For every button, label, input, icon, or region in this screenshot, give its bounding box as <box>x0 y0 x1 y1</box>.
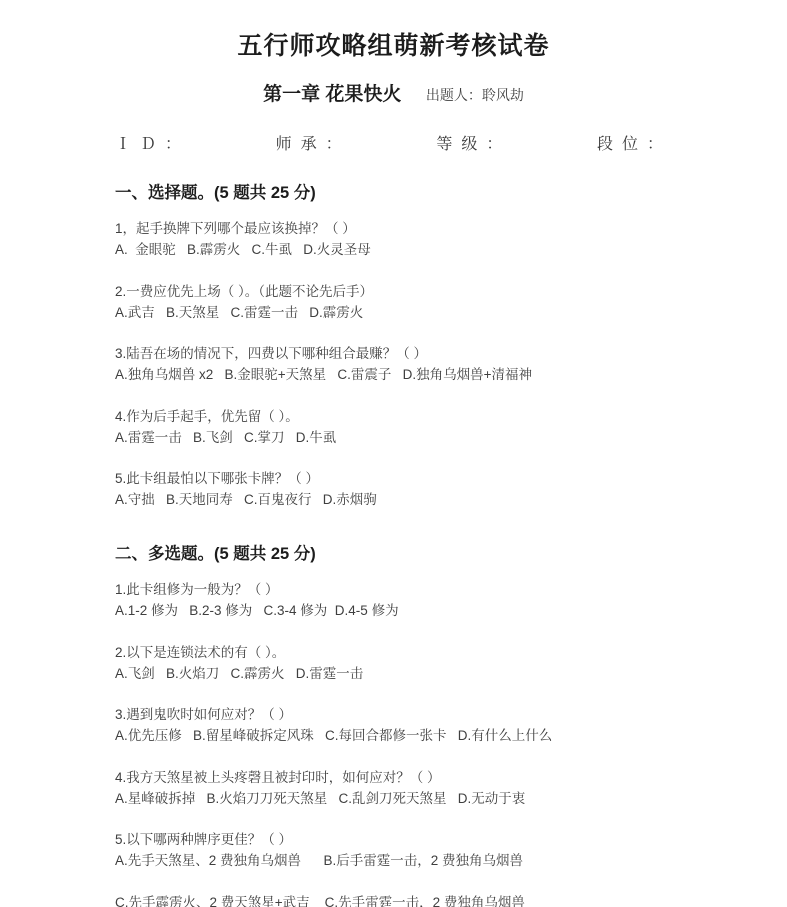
chapter-title: 第一章 花果快火 <box>263 84 401 105</box>
question: 5.以下哪两种牌序更佳？（ ） A.先手天煞星、2 费独角乌烟兽 B.后手雷霆一… <box>115 829 672 907</box>
question-options: A. 金眼驼 B.霹雳火 C.牛虱 D.火灵圣母 <box>115 239 672 260</box>
section-multiple-choice: 二、多选题。(5 题共 25 分) 1.此卡组修为一般为？（ ） A.1-2 修… <box>115 540 672 907</box>
question-options: A.星峰破拆掉 B.火焰刀刀死天煞星 C.乱剑刀死天煞星 D.无动于衷 <box>115 788 672 809</box>
question-text: 3.遇到鬼吹时如何应对？（ ） <box>115 704 672 725</box>
question-text: 2.一费应优先上场（ ）。（此题不论先后手） <box>115 281 672 302</box>
question: 2.一费应优先上场（ ）。（此题不论先后手） A.武吉 B.天煞星 C.雷霆一击… <box>115 281 672 323</box>
question: 3.遇到鬼吹时如何应对？（ ） A.优先压修 B.留星峰破拆定风珠 C.每回合都… <box>115 704 672 746</box>
question-text: 4.作为后手起手，优先留（ ）。 <box>115 406 672 427</box>
question-options: A.雷霆一击 B.飞剑 C.掌刀 D.牛虱 <box>115 427 672 448</box>
question-text: 4.我方天煞星被上头疼磬且被封印时，如何应对？（ ） <box>115 767 672 788</box>
question-options: A.守拙 B.天地同寿 C.百鬼夜行 D.赤烟驹 <box>115 489 672 510</box>
question-options: A.先手天煞星、2 费独角乌烟兽 B.后手雷霆一击，2 费独角乌烟兽 <box>115 850 672 871</box>
student-info-line: ＩＤ： 师承： 等级： 段位： <box>115 131 672 154</box>
question: 1.此卡组修为一般为？（ ） A.1-2 修为 B.2-3 修为 C.3-4 修… <box>115 579 672 621</box>
question-text: 5.此卡组最怕以下哪张卡牌？（ ） <box>115 468 672 489</box>
level-field-label: 等级： <box>436 131 511 154</box>
question-options: C.先手霹雳火、2 费天煞星+武吉 C.先手雷霆一击，2 费独角乌烟兽 <box>115 892 672 907</box>
question-text: 3.陆吾在场的情况下，四费以下哪种组合最赚？（ ） <box>115 343 672 364</box>
section-single-choice: 一、选择题。(5 题共 25 分) 1，起手换牌下列哪个最应该换掉？（ ） A.… <box>115 179 672 510</box>
question: 4.作为后手起手，优先留（ ）。 A.雷霆一击 B.飞剑 C.掌刀 D.牛虱 <box>115 406 672 448</box>
rank-field-label: 段位： <box>597 131 672 154</box>
author-label: 出题人：聆风劫 <box>426 87 524 103</box>
question-text: 1，起手换牌下列哪个最应该换掉？（ ） <box>115 218 672 239</box>
exam-page: 五行师攻略组萌新考核试卷 第一章 花果快火 出题人：聆风劫 ＩＤ： 师承： 等级… <box>0 0 787 907</box>
page-title: 五行师攻略组萌新考核试卷 <box>115 26 672 62</box>
question-text: 1.此卡组修为一般为？（ ） <box>115 579 672 600</box>
section-heading: 一、选择题。(5 题共 25 分) <box>115 179 672 203</box>
master-field-label: 师承： <box>276 131 351 154</box>
question-options: A.优先压修 B.留星峰破拆定风珠 C.每回合都修一张卡 D.有什么上什么 <box>115 725 672 746</box>
question-options: A.武吉 B.天煞星 C.雷霆一击 D.霹雳火 <box>115 302 672 323</box>
question: 1，起手换牌下列哪个最应该换掉？（ ） A. 金眼驼 B.霹雳火 C.牛虱 D.… <box>115 218 672 260</box>
question: 3.陆吾在场的情况下，四费以下哪种组合最赚？（ ） A.独角乌烟兽 x2 B.金… <box>115 343 672 385</box>
id-field-label: ＩＤ： <box>115 131 190 154</box>
question: 2.以下是连锁法术的有（ ）。 A.飞剑 B.火焰刀 C.霹雳火 D.雷霆一击 <box>115 642 672 684</box>
question: 4.我方天煞星被上头疼磬且被封印时，如何应对？（ ） A.星峰破拆掉 B.火焰刀… <box>115 767 672 809</box>
question-text: 2.以下是连锁法术的有（ ）。 <box>115 642 672 663</box>
question: 5.此卡组最怕以下哪张卡牌？（ ） A.守拙 B.天地同寿 C.百鬼夜行 D.赤… <box>115 468 672 510</box>
question-options: A.1-2 修为 B.2-3 修为 C.3-4 修为 D.4-5 修为 <box>115 600 672 621</box>
section-heading: 二、多选题。(5 题共 25 分) <box>115 540 672 564</box>
question-options: A.飞剑 B.火焰刀 C.霹雳火 D.雷霆一击 <box>115 663 672 684</box>
chapter-line: 第一章 花果快火 出题人：聆风劫 <box>115 79 672 106</box>
question-options: A.独角乌烟兽 x2 B.金眼驼+天煞星 C.雷震子 D.独角乌烟兽+清福神 <box>115 364 672 385</box>
question-text: 5.以下哪两种牌序更佳？（ ） <box>115 829 672 850</box>
